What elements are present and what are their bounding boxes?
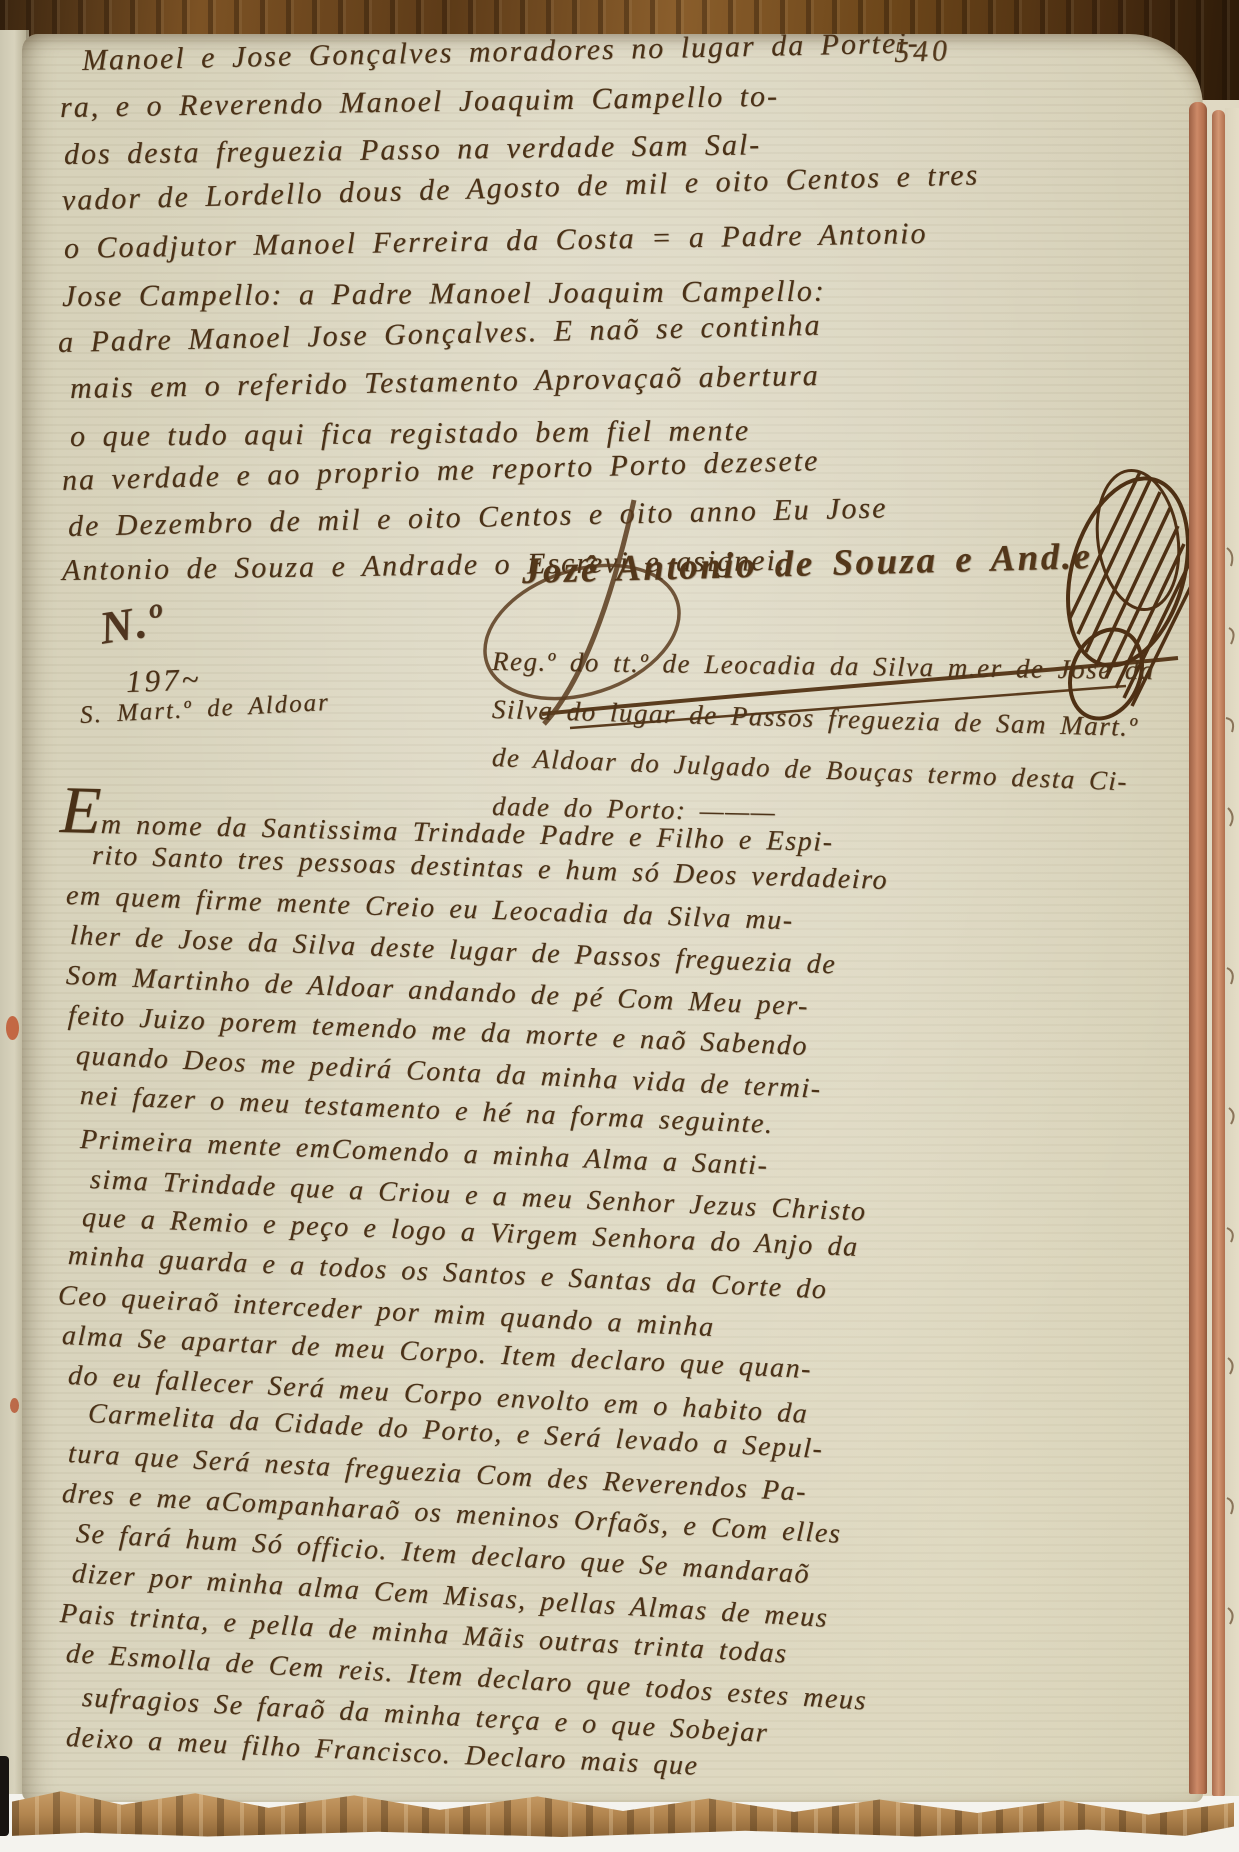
- manuscript-line: a Padre Manoel Jose Gonçalves. E naõ se …: [58, 309, 822, 360]
- ink-speck: [6, 1016, 19, 1040]
- manuscript-line: de Dezembro de mil e oito Centos e oito …: [68, 491, 888, 544]
- folio-number: 540: [893, 34, 951, 70]
- manuscript-page: Manoel e Jose Gonçalves moradores no lug…: [22, 34, 1203, 1802]
- manuscript-line: o Coadjutor Manoel Ferreira da Costa = a…: [64, 217, 928, 266]
- signature-name: Jozê Antonio de Souza e And.e: [521, 535, 1092, 593]
- manuscript-line: Reg.º do tt.º de Leocadia da Silva m.er …: [492, 646, 1155, 686]
- manuscript-line: Jose Campello: a Padre Manoel Joaquim Ca…: [62, 275, 826, 314]
- red-edge-stripe: [1212, 110, 1225, 1796]
- record-number-label: N.º: [96, 592, 168, 654]
- red-edge-stripe: [1189, 102, 1207, 1794]
- manuscript-line: ra, e o Reverendo Manoel Joaquim Campell…: [60, 80, 780, 125]
- record-number-value: 197~: [125, 661, 201, 700]
- manuscript-line: mais em o referido Testamento Aprovaçaõ …: [70, 359, 820, 406]
- ink-fragment-strokes: [1226, 548, 1234, 1624]
- ink-speck: [10, 1398, 19, 1413]
- margin-parish-note: S. Mart.º de Aldoar: [79, 689, 330, 730]
- manuscript-line: Manoel e Jose Gonçalves moradores no lug…: [82, 34, 920, 78]
- next-page-ink-fragments: [1225, 108, 1239, 1796]
- manuscript-line: Silva do lugar de Passos freguezia de Sa…: [492, 694, 1139, 743]
- scanned-manuscript-page: Manoel e Jose Gonçalves moradores no lug…: [0, 0, 1239, 1852]
- scan-corner-mark: [0, 1756, 9, 1836]
- signature-rubric-blot: [1048, 464, 1203, 729]
- manuscript-line: de Aldoar do Julgado de Bouças termo des…: [491, 742, 1128, 797]
- next-page-sliver: [1225, 108, 1239, 1796]
- manuscript-line: dos desta freguezia Passo na verdade Sam…: [64, 128, 762, 172]
